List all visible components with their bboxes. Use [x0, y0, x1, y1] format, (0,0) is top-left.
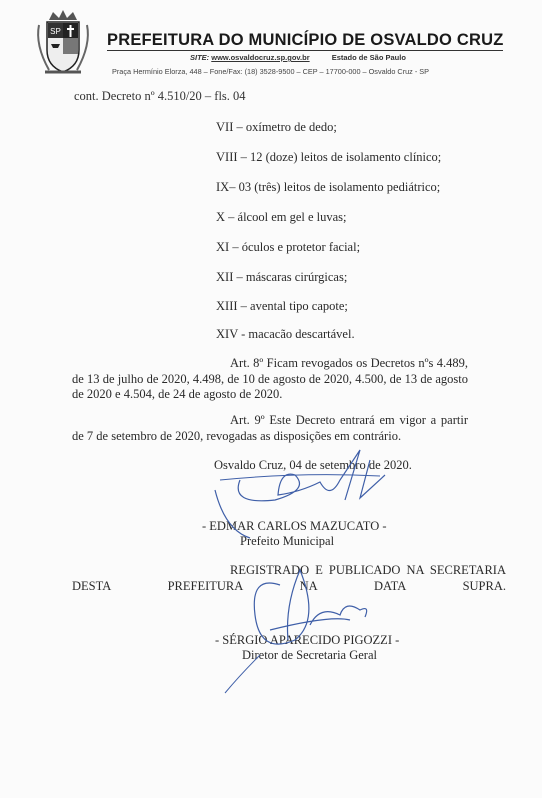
list-item: VII – oxímetro de dedo; [216, 120, 337, 135]
header-title: PREFEITURA DO MUNICÍPIO DE OSVALDO CRUZ [107, 31, 503, 51]
list-item: XIV - macacão descartável. [216, 327, 355, 342]
state-label: Estado de São Paulo [332, 53, 406, 62]
signatory-1-role: Prefeito Municipal [240, 534, 334, 549]
list-item: X – álcool em gel e luvas; [216, 210, 347, 225]
article-8: Art. 8º Ficam revogados os Decretos nºs … [72, 356, 468, 403]
header-site-line: SITE: www.osvaldocruz.sp.gov.br Estado d… [190, 53, 406, 62]
site-label: SITE: [190, 53, 209, 62]
svg-text:SP: SP [50, 27, 61, 36]
list-item: XIII – avental tipo capote; [216, 299, 348, 314]
header-address: Praça Hermínio Elorza, 448 – Fone/Fax: (… [112, 67, 429, 76]
signatory-2-role: Diretor de Secretaria Geral [242, 648, 377, 663]
place-date: Osvaldo Cruz, 04 de setembro de 2020. [214, 458, 412, 473]
signatory-2-name: - SÉRGIO APARECIDO PIGOZZI - [215, 633, 399, 648]
list-item: XII – máscaras cirúrgicas; [216, 270, 347, 285]
list-item: XI – óculos e protetor facial; [216, 240, 360, 255]
signatory-1-name: - EDMAR CARLOS MAZUCATO - [202, 519, 387, 534]
list-item: VIII – 12 (doze) leitos de isolamento cl… [216, 150, 441, 165]
continuation-reference: cont. Decreto nº 4.510/20 – fls. 04 [74, 89, 246, 104]
list-item: IX– 03 (três) leitos de isolamento pediá… [216, 180, 440, 195]
coat-of-arms-icon: SP [33, 10, 93, 80]
article-9: Art. 9º Este Decreto entrará em vigor a … [72, 413, 468, 444]
site-link[interactable]: www.osvaldocruz.sp.gov.br [211, 53, 309, 62]
registration-note: REGISTRADO E PUBLICADO NA SECRETARIA DES… [72, 563, 506, 594]
